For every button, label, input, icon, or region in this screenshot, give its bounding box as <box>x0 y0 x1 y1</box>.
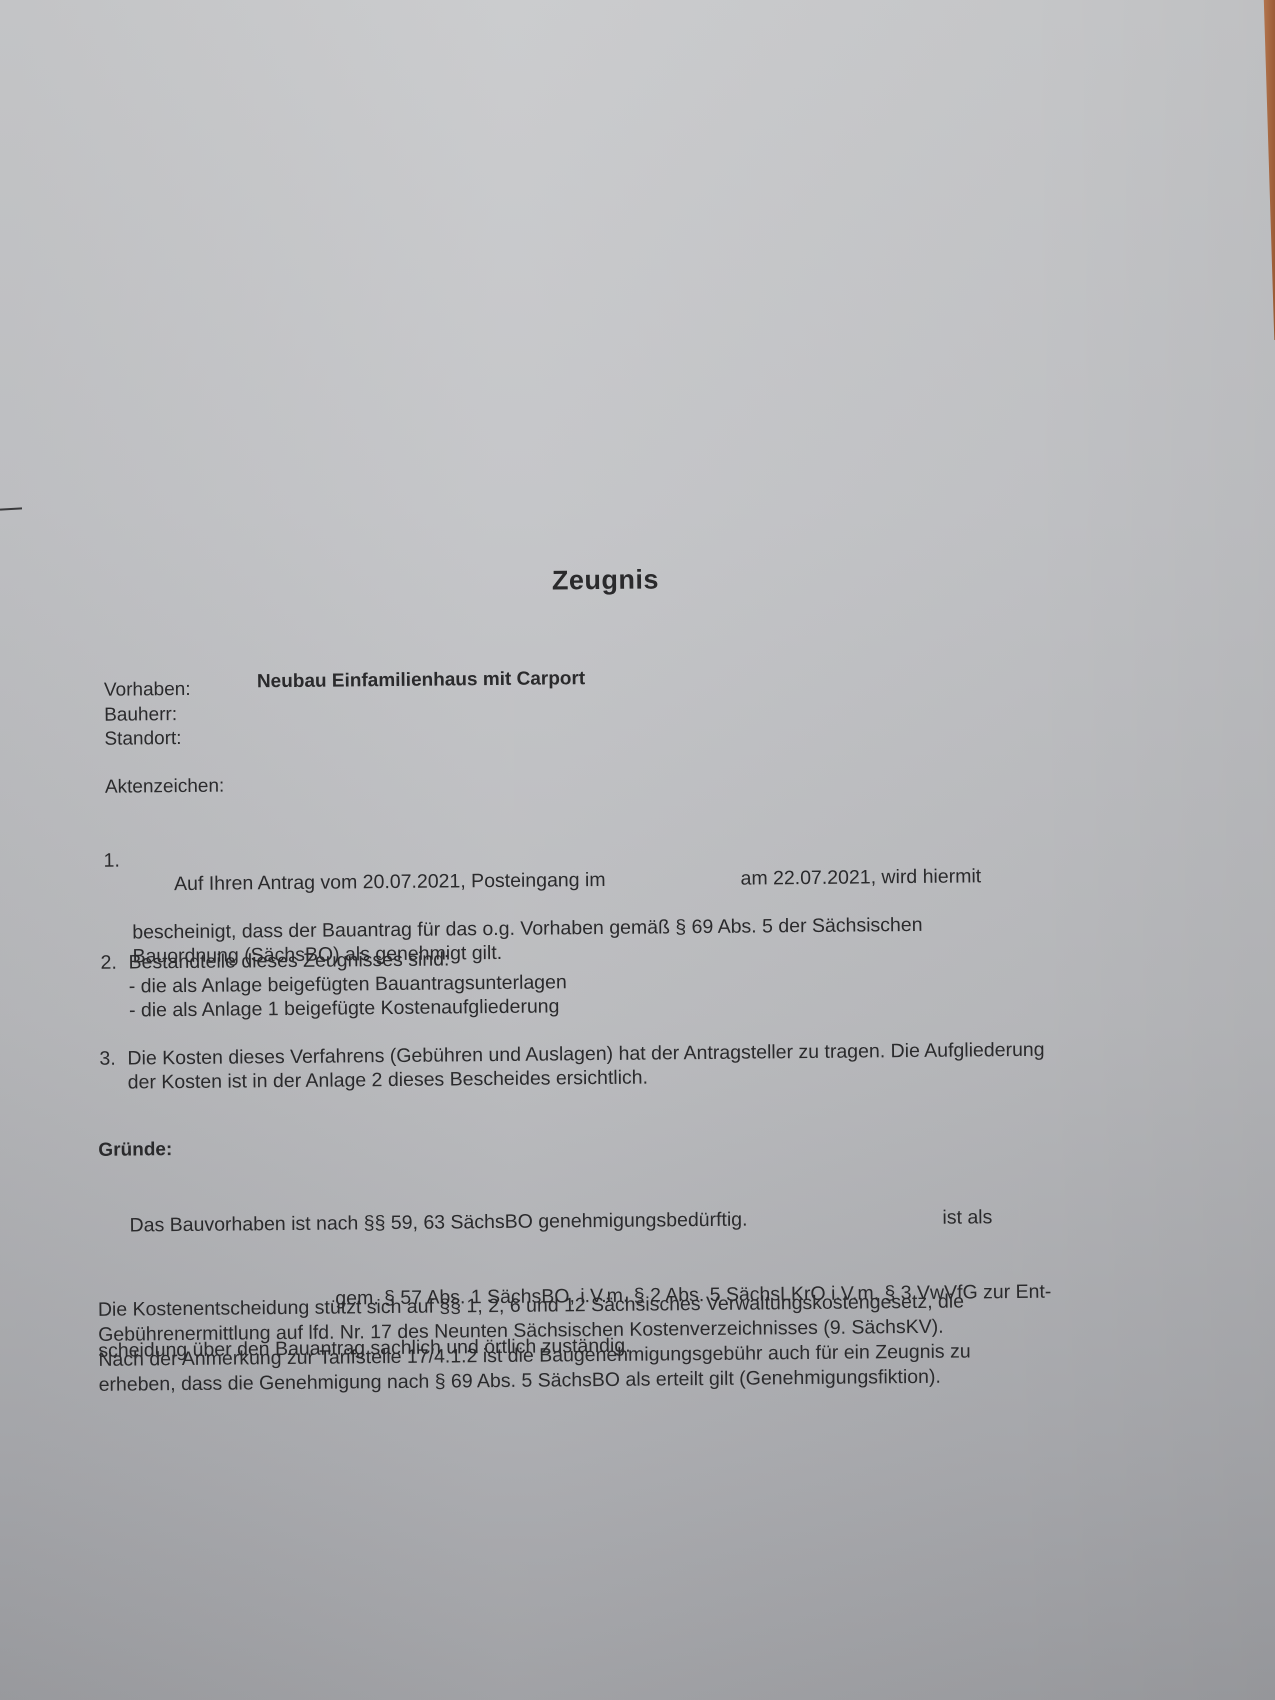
item-1-line-1a: Auf Ihren Antrag vom 20.07.2021, Postein… <box>174 869 606 895</box>
document-page: Zeugnis Vorhaben: Neubau Einfamilienhaus… <box>0 0 1275 1700</box>
item-number: 2. <box>100 951 116 975</box>
item-1-line-1b: am 22.07.2021, wird hiermit <box>740 865 981 889</box>
document-title: Zeugnis <box>552 564 659 596</box>
item-number: 1. <box>103 849 119 873</box>
item-number: 3. <box>99 1047 115 1071</box>
item-2-line-3: - die als Anlage 1 beigefügte Kostenaufg… <box>129 994 567 1022</box>
standort-label: Standort: <box>104 728 181 751</box>
para1-line-1a: Das Bauvorhaben ist nach §§ 59, 63 Sächs… <box>130 1209 748 1237</box>
redacted-gap <box>606 885 741 886</box>
redacted-gap <box>748 1224 943 1226</box>
bauherr-label: Bauherr: <box>104 704 177 727</box>
aktenzeichen-label: Aktenzeichen: <box>105 776 225 799</box>
gruende-heading: Gründe: <box>98 1139 172 1162</box>
vorhaben-label: Vorhaben: <box>104 679 191 702</box>
vorhaben-value: Neubau Einfamilienhaus mit Carport <box>257 668 586 693</box>
para1-line-1b: ist als <box>942 1206 992 1228</box>
gruende-paragraph-2: Die Kostenentscheidung stützt sich auf §… <box>98 1289 971 1397</box>
